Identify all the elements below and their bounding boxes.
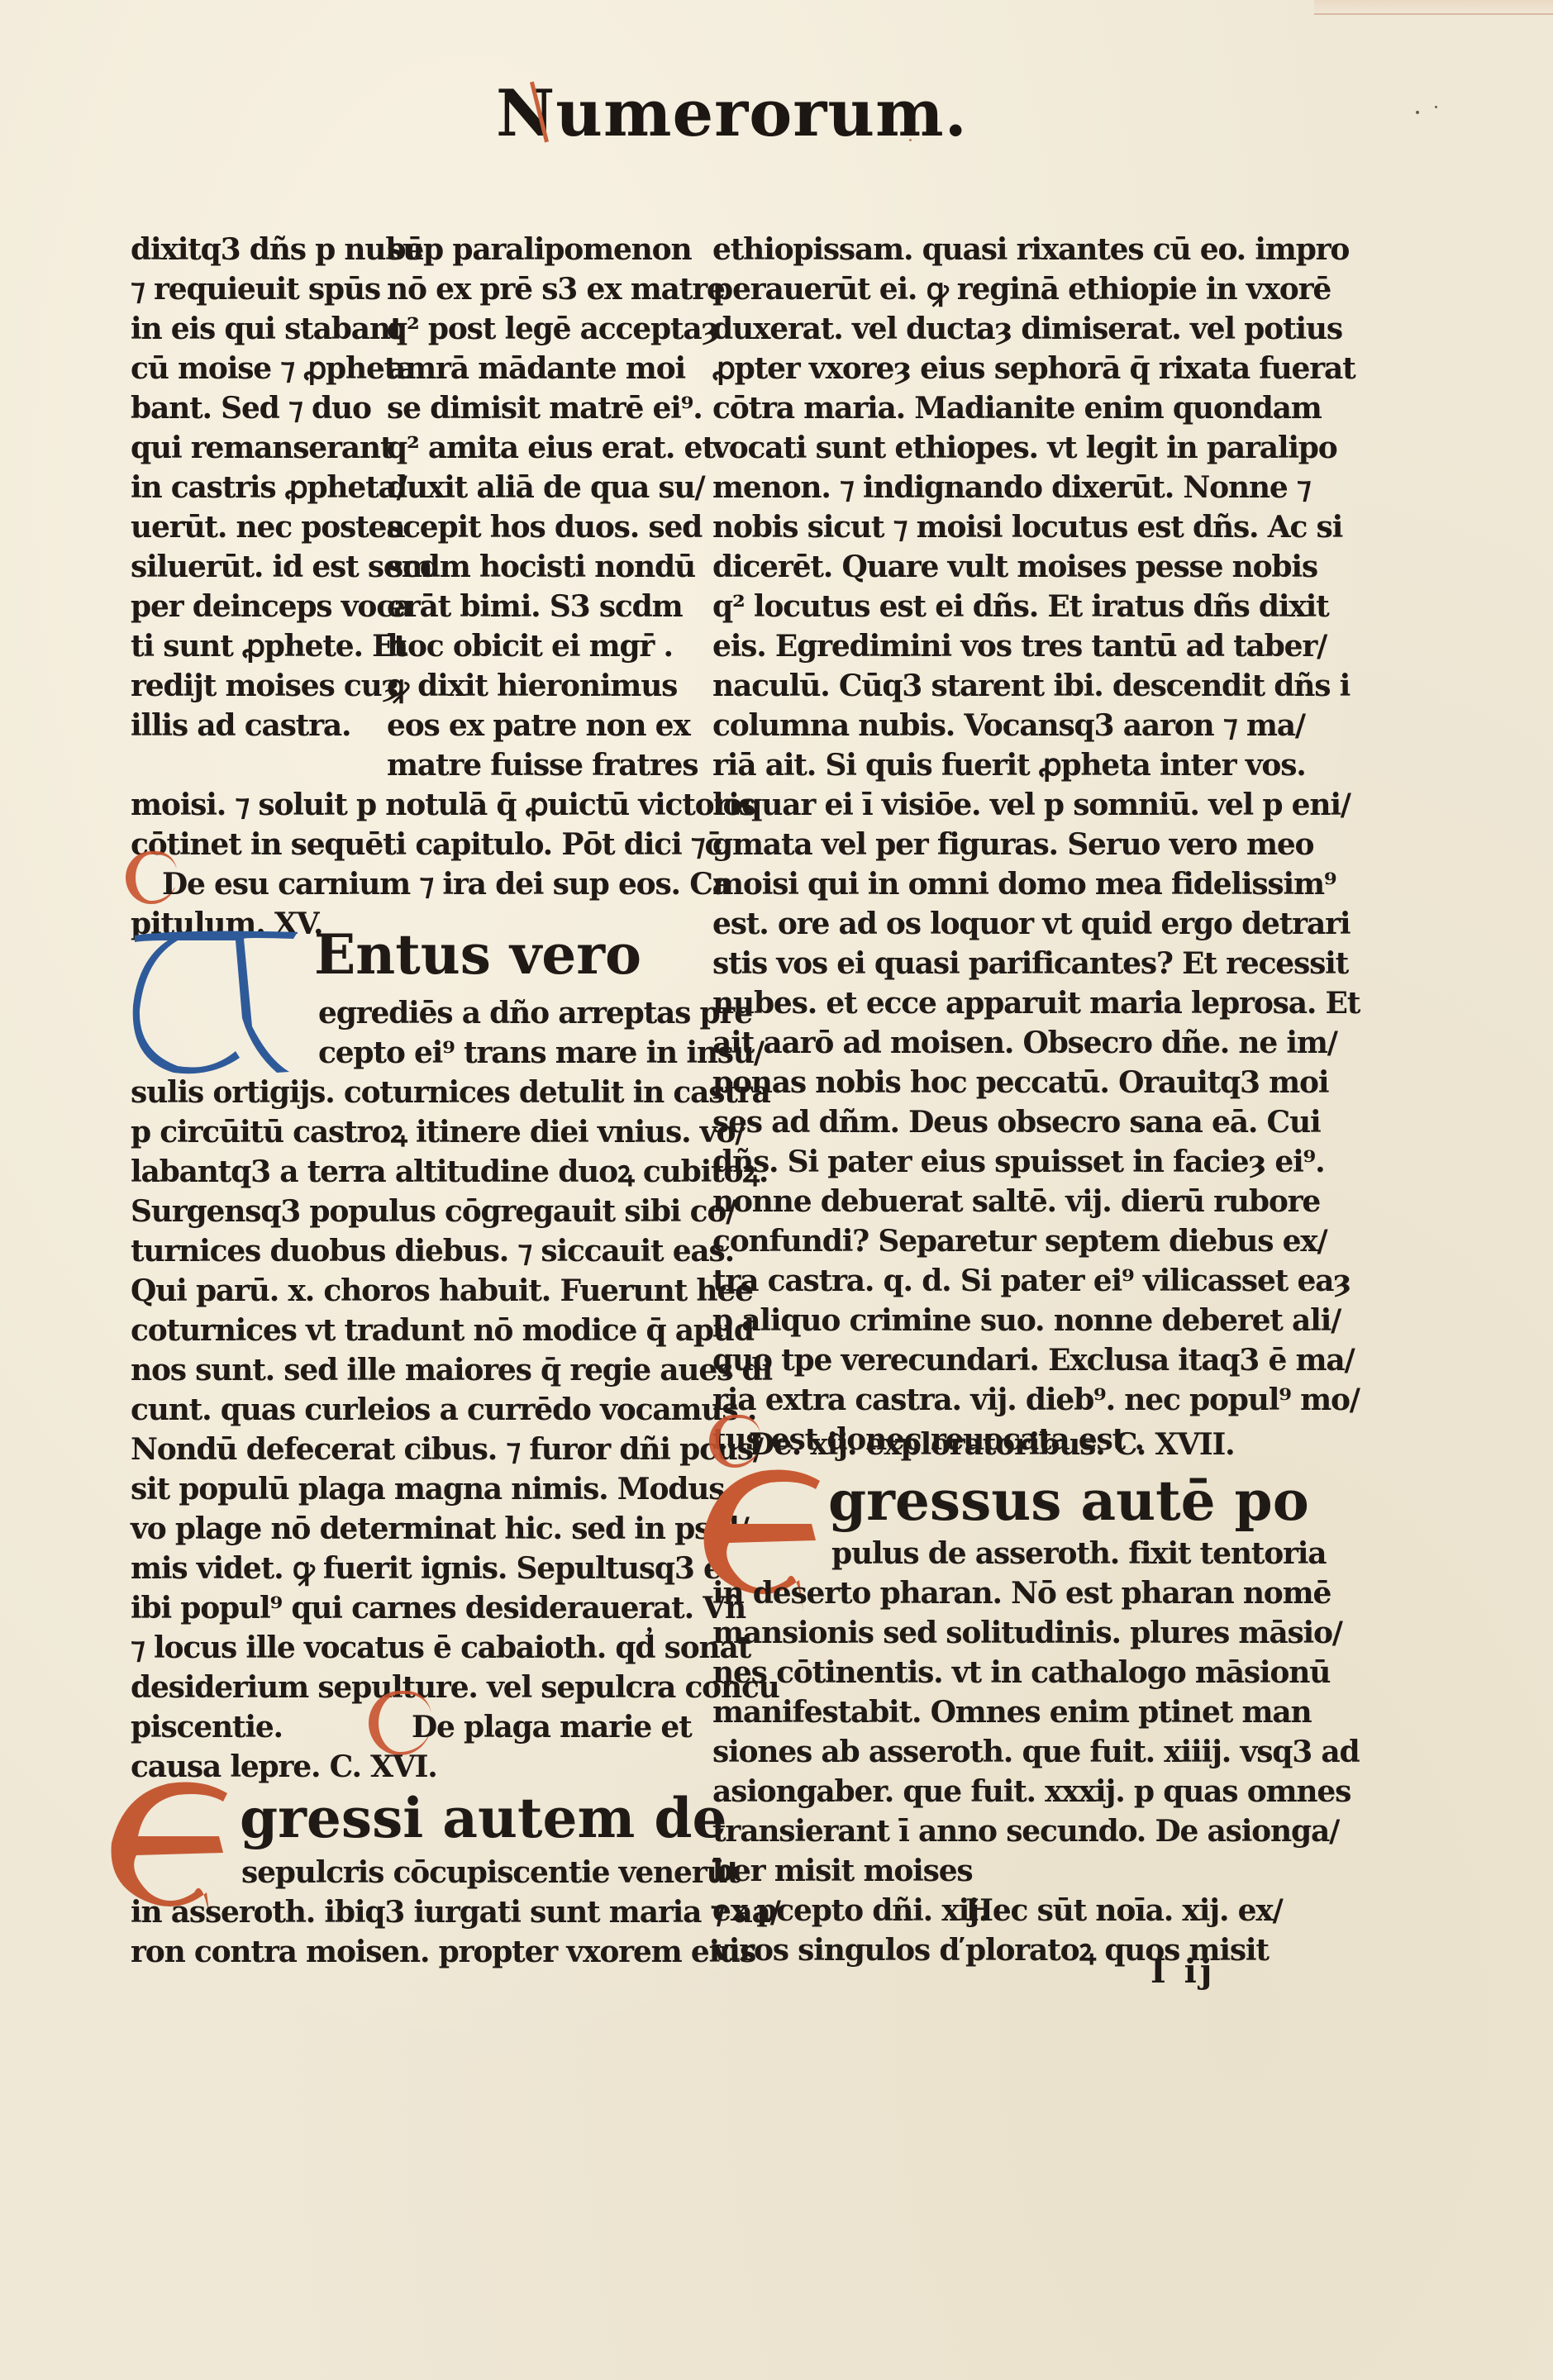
text-line: menon. ⁊ indignando dixerūt. Nonne ⁊ (712, 468, 1311, 507)
text-line: eos ex patre non ex (387, 706, 690, 745)
text-line: moisi. ⁊ soluit p notulā q̄ ꝓuictū victo… (131, 785, 755, 825)
text-line: nō ex prē s3 ex matre (387, 269, 725, 309)
chapter-incipit: gressi autem de (240, 1785, 726, 1851)
paper-speck (909, 139, 912, 141)
text-line: naculū. Cūq3 starent ibi. descendit dñs … (712, 666, 1350, 706)
text-line: redijt moises cuȝ (131, 666, 398, 706)
text-line: ait aarō ad moisen. Obsecro dñe. ne im/ (712, 1023, 1337, 1063)
text-line: matre fuisse fratres (387, 745, 698, 785)
running-head: Numerorum. (496, 73, 968, 155)
text-line: duxerat. vel ductaȝ dimiserat. vel potiu… (712, 309, 1342, 349)
text-line: ꝓpter vxoreȝ eius sephorā q̄ rixata fuer… (712, 349, 1355, 388)
chapter-heading: De esu carnium ⁊ ira dei sup eos. Ca (162, 864, 731, 904)
text-line: sulis ortigijs. coturnices detulit in ca… (131, 1073, 770, 1112)
text-line: sepulcris cōcupiscentie venerūt (241, 1853, 740, 1892)
signature-mark: I ij (1150, 1952, 1215, 1991)
text-line: ploratoꝝ quos misit (965, 1930, 1269, 1970)
text-line: asiongaber. que fuit. xxxij. p quas omne… (712, 1772, 1351, 1811)
text-line: Nondū defecerat cibus. ⁊ furor dñi pcus/ (131, 1430, 763, 1469)
text-line: per deinceps voca (131, 587, 412, 626)
text-line: vocati sunt ethiopes. vt legit in parali… (712, 428, 1337, 468)
text-line: nonne debuerat saltē. vij. dierū rubore (712, 1182, 1320, 1221)
text-line: ⁊ locus ille vocatus ē cabaioth. qd̓ son… (131, 1628, 750, 1668)
text-line: egrediēs a dño arreptas pre (318, 993, 752, 1033)
text-line: nes cōtinentis. vt in cathalogo māsionū (712, 1653, 1330, 1692)
chapter-incipit: gressus autē po (828, 1468, 1309, 1534)
text-line: ponas nobis hoc peccatū. Orauitq3 moi (712, 1063, 1328, 1102)
text-line: nos sunt. sed ille maiores q̄ regie aues… (131, 1350, 772, 1390)
text-line: cōtinet in sequēti capitulo. Pōt dici ⁊c… (131, 825, 731, 864)
text-line: ria extra castra. vij. dieb⁹. nec popul⁹… (712, 1380, 1360, 1420)
text-line: nobis sicut ⁊ moisi locutus est dñs. Ac … (712, 507, 1342, 547)
text-line: quo tpe verecundari. Exclusa itaq3 ē ma/ (712, 1340, 1355, 1380)
text-line: se dimisit matrē ei⁹. (387, 388, 703, 428)
text-line: columna nubis. Vocansq3 aaron ⁊ ma/ (712, 706, 1305, 745)
text-line: ibi popul⁹ qui carnes desiderauerat. Vñ (131, 1588, 746, 1628)
text-line: in castris ꝓpheta/ (131, 468, 407, 507)
text-line: dñs. Si pater eius spuisset in facieȝ ei… (712, 1142, 1324, 1182)
text-line: tra castra. q. d. Si pater ei⁹ vilicasse… (712, 1261, 1351, 1301)
text-line: eis. Egredimini vos tres tantū ad taber/ (712, 626, 1327, 666)
text-line: uerūt. nec postea (131, 507, 404, 547)
text-line: ti sunt ꝓphete. Et (131, 626, 407, 666)
text-line: ꝙ dixit hieronimus (387, 666, 677, 706)
paper-speck (1416, 111, 1419, 114)
text-line: nubes. et ecce apparuit maria leprosa. E… (712, 983, 1360, 1023)
text-line: amrā mādante moi (387, 349, 685, 388)
text-line: manifestabit. Omnes enim ptinet man (712, 1692, 1311, 1732)
text-line: gmata vel per figuras. Seruo vero meo (712, 825, 1313, 864)
illuminated-initial-v-icon (128, 927, 306, 1076)
text-line: vo plage nō determinat hic. sed in psal/ (131, 1509, 749, 1549)
text-line: p circūitū castroꝝ itinere diei vnius. v… (131, 1112, 745, 1152)
text-line: riā ait. Si quis fuerit ꝓpheta inter vos… (712, 745, 1306, 785)
text-line: sit populū plaga magna nimis. Modus (131, 1469, 724, 1509)
text-line: loquar ei ī visiōe. vel p somniū. vel p … (712, 785, 1351, 825)
text-line: ber misit moises (712, 1851, 972, 1891)
text-line: in asseroth. ibiq3 iurgati sunt maria ⁊ … (131, 1892, 780, 1932)
text-line: ex pcepto dñi. xij. (712, 1891, 988, 1930)
text-line: cōtra maria. Madianite enim quondam (712, 388, 1322, 428)
text-line: duxit aliā de qua su/ (387, 468, 704, 507)
text-line: q² amita eius erat. et (387, 428, 715, 468)
text-line: erāt bimi. S3 scdm (387, 587, 682, 626)
text-line: viros singulos ď (712, 1930, 959, 1970)
text-line: perauerūt ei. ꝙ reginā ethiopie in vxorē (712, 269, 1331, 309)
text-line: ⁊ requieuit spūs (131, 269, 380, 309)
chapter-heading: De plaga marie et (412, 1707, 692, 1747)
text-line: q² locutus est ei dñs. Et iratus dñs dix… (712, 587, 1329, 626)
page-edge (1314, 0, 1553, 15)
text-line: sup paralipomenon (387, 230, 691, 269)
text-line: bant. Sed ⁊ duo (131, 388, 371, 428)
text-line: ethiopissam. quasi rixantes cū eo. impro (712, 230, 1349, 269)
text-line: cū moise ⁊ ꝓpheta (131, 349, 415, 388)
text-line: in deserto pharan. Nō est pharan nomē (712, 1573, 1331, 1613)
text-line: ron contra moisen. propter vxorem eius (131, 1932, 755, 1972)
paper-speck (1435, 106, 1437, 108)
running-head-text: Numerorum. (496, 76, 968, 151)
text-line: labantq3 a terra altitudine duoꝝ cubitoꝝ… (131, 1152, 768, 1192)
text-line: stis vos ei quasi parificantes? Et reces… (712, 944, 1348, 983)
text-line: Hec sūt noīa. xij. ex/ (965, 1891, 1283, 1930)
text-line: pulus de asseroth. fixit tentoria (831, 1534, 1326, 1573)
text-line: illis ad castra. (131, 706, 350, 745)
chapter-incipit: Entus vero (314, 921, 641, 988)
text-line: desiderium sepulture. vel sepulcra concu (131, 1668, 779, 1707)
text-line: transierant ī anno secundo. De asionga/ (712, 1811, 1339, 1851)
text-line: siones ab asseroth. que fuit. xiiij. vsq… (712, 1732, 1360, 1772)
manuscript-page: Numerorum. dixitq3 dñs p nubē ⁊ requieui… (0, 0, 1553, 2380)
text-line: ses ad dñm. Deus obsecro sana eā. Cui (712, 1102, 1320, 1142)
text-line: coturnices vt tradunt nō modice q̄ apud (131, 1311, 754, 1350)
text-line: confundi? Separetur septem diebus ex/ (712, 1221, 1327, 1261)
text-line: cepto ei⁹ trans mare in insu/ (318, 1033, 764, 1073)
text-line: est. ore ad os loquor vt quid ergo detra… (712, 904, 1350, 944)
text-line: scepit hos duos. sed (387, 507, 702, 547)
chapter-heading: De. xij. exploratoribus. C. XVII. (749, 1425, 1234, 1464)
text-line: qui remanserant (131, 428, 393, 468)
text-line: q² post legē acceptaȝ (387, 309, 718, 349)
text-line: dicerēt. Quare vult moises pesse nobis (712, 547, 1317, 587)
text-line: turnices duobus diebus. ⁊ siccauit eas. (131, 1231, 734, 1271)
text-line: cunt. quas curleios a currēdo vocamus . (131, 1390, 756, 1430)
text-line: scdm hocisti nondū (387, 547, 695, 587)
text-line: moisi qui in omni domo mea fidelissim⁹ (712, 864, 1336, 904)
text-line: hoc obicit ei mgr̄ . (387, 626, 673, 666)
text-line: Surgensq3 populus cōgregauit sibi co/ (131, 1192, 736, 1231)
text-line: p aliquo crimine suo. nonne deberet ali/ (712, 1301, 1341, 1340)
text-line: mansionis sed solitudinis. plures māsio/ (712, 1613, 1342, 1653)
text-line: in eis qui stabant (131, 309, 403, 349)
text-line: Qui parū. x. choros habuit. Fuerunt hee (131, 1271, 753, 1311)
text-line: dixitq3 dñs p nubē (131, 230, 423, 269)
text-line: piscentie. (131, 1707, 283, 1747)
text-line: mis videt. ꝙ fuerit ignis. Sepultusq3 ē (131, 1549, 722, 1588)
